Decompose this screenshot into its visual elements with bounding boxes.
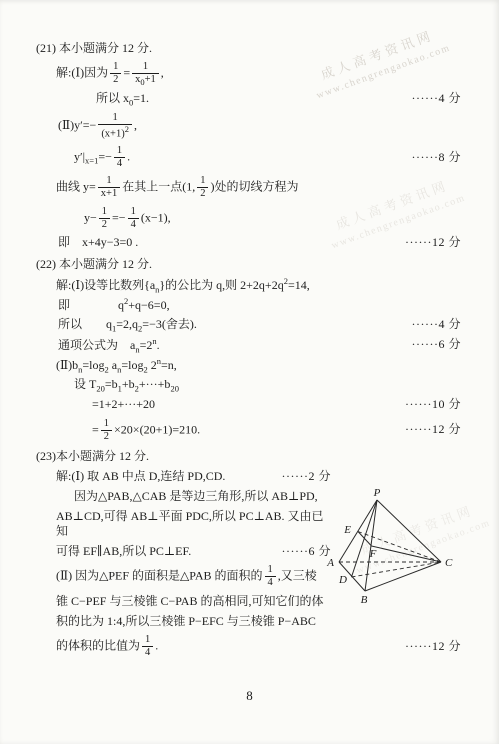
solution-line: 可得 EF∥AB,所以 PC⊥EF.······6 分 <box>36 543 331 560</box>
solution-line: 锥 C−PEF 与三棱锥 C−PAB 的高相同,可知它们的体 <box>36 593 331 610</box>
fraction: 12 <box>197 175 208 200</box>
exam-answer-page: 成人高考资讯网 www.chengrengaokao.com 成人高考资讯网 w… <box>0 0 499 744</box>
score-mark: ······6 分 <box>282 544 331 560</box>
solution-text: 即 x+4y−3=0 . <box>58 235 138 251</box>
vertex-label-A: A <box>326 557 334 569</box>
solution-line: (23)本小题满分 12 分. <box>36 449 461 466</box>
score-mark: ······4 分 <box>412 91 461 107</box>
fraction: 14 <box>114 145 125 170</box>
score-mark: ······10 分 <box>405 397 461 413</box>
vertex-label-B: B <box>361 594 368 606</box>
solution-text: (Ⅱ) 因为△PEF 的面积是△PAB 的面积的14,又三棱 <box>56 563 317 590</box>
solution-text: 设 T20=b1+b2+···+b20 <box>74 377 179 393</box>
fraction: 12 <box>101 418 112 443</box>
solution-text: 解:(Ⅰ) 取 AB 中点 D,连结 PD,CD. <box>56 469 225 485</box>
solution-line: =12×20×(20+1)=210.······12 分 <box>36 417 461 444</box>
solution-text: 解:(Ⅰ)设等比数列{an}的公比为 q,则 2+2q+2q2=14, <box>56 277 310 294</box>
solution-text: (Ⅱ)bn=log2 an=log2 2n=n, <box>56 357 177 374</box>
solution-text: y−12=−14(x−1), <box>84 205 171 232</box>
solution-text: 所以 q1=2,q2=−3(舍去). <box>58 317 197 333</box>
edge-DC-hidden <box>352 562 442 577</box>
solution-text: =1+2+···+20 <box>92 397 155 413</box>
solution-text: 锥 C−PEF 与三棱锥 C−PAB 的高相同,可知它们的体 <box>56 594 323 610</box>
solution-line: =1+2+···+20······10 分 <box>36 397 461 414</box>
solution-text: 即 q2+q−6=0, <box>58 297 170 314</box>
solution-line: 所以 x0=1.······4 分 <box>36 91 461 108</box>
solution-line: 解:(Ⅰ) 取 AB 中点 D,连结 PD,CD.······2 分 <box>36 469 331 486</box>
solution-text: 所以 x0=1. <box>96 91 149 107</box>
vertex-label-D: D <box>338 574 347 586</box>
solution-text: 的体积的比值为14. <box>56 633 158 660</box>
solution-line: (Ⅱ) 因为△PEF 的面积是△PAB 的面积的14,又三棱 <box>36 563 331 590</box>
solution-line: AB⊥CD,可得 AB⊥平面 PDC,所以 PC⊥AB. 又由已知 <box>36 509 331 540</box>
score-mark: ······12 分 <box>405 422 461 438</box>
fraction: 12 <box>99 206 110 231</box>
solution-text: (22) 本小题满分 12 分. <box>36 257 152 273</box>
solution-line: 即 x+4y−3=0 .······12 分 <box>36 235 461 252</box>
solution-line: 积的比为 1:4,所以三棱锥 P−EFC 与三棱锥 P−ABC <box>36 613 331 630</box>
vertex-label-P: P <box>373 487 381 499</box>
solution-text: (Ⅱ)y′=−1(x+1)2, <box>58 111 137 142</box>
solution-text: AB⊥CD,可得 AB⊥平面 PDC,所以 PC⊥AB. 又由已知 <box>56 509 331 540</box>
solution-text: 解:(Ⅰ)因为12=1x0+1, <box>56 60 164 88</box>
solution-text: 通项公式为 an=2n. <box>58 337 160 354</box>
score-mark: ······12 分 <box>405 235 461 251</box>
edge-PC <box>377 500 441 562</box>
fraction: 14 <box>128 206 139 231</box>
solution-line: (22) 本小题满分 12 分. <box>36 257 461 274</box>
edge-BC <box>365 562 441 591</box>
solution-text: 积的比为 1:4,所以三棱锥 P−EFC 与三棱锥 P−ABC <box>56 614 316 630</box>
solution-line: 通项公式为 an=2n.······6 分 <box>36 337 461 354</box>
solution-text: 可得 EF∥AB,所以 PC⊥EF. <box>56 544 191 560</box>
solution-text: y′|x=1=−14. <box>74 144 130 171</box>
solution-line: y−12=−14(x−1), <box>36 205 461 232</box>
solution-line: (21) 本小题满分 12 分. <box>36 40 461 57</box>
solution-line: 即 q2+q−6=0, <box>36 297 461 314</box>
solution-text: 因为△PAB,△CAB 是等边三角形,所以 AB⊥PD, <box>74 489 318 505</box>
fraction: 12 <box>110 61 121 86</box>
score-mark: ······12 分 <box>405 639 461 655</box>
solution-line: 解:(Ⅰ)因为12=1x0+1, <box>36 60 461 88</box>
solution-line: 的体积的比值为14.······12 分 <box>36 633 461 660</box>
solution-text: (21) 本小题满分 12 分. <box>36 41 152 57</box>
solution-text: 曲线 y=1x+1在其上一点(1,12)处的切线方程为 <box>56 174 298 201</box>
vertex-label-E: E <box>343 524 351 536</box>
fraction: 1(x+1)2 <box>98 112 132 141</box>
fraction: 1x0+1 <box>132 61 159 87</box>
solution-line: y′|x=1=−14.······8 分 <box>36 144 461 171</box>
page-number: 8 <box>0 688 499 704</box>
fraction: 14 <box>142 634 153 659</box>
geometry-figure-tetrahedron-PABC: PABCDEF <box>325 480 475 615</box>
solution-line: 设 T20=b1+b2+···+b20 <box>36 377 461 394</box>
score-mark: ······8 分 <box>412 150 461 166</box>
solution-line: (Ⅱ)y′=−1(x+1)2, <box>36 111 461 142</box>
edge-FC <box>372 546 442 562</box>
solution-text: =12×20×(20+1)=210. <box>92 417 200 444</box>
score-mark: ······4 分 <box>412 317 461 333</box>
solution-line: 所以 q1=2,q2=−3(舍去).······4 分 <box>36 317 461 334</box>
solution-line: 解:(Ⅰ)设等比数列{an}的公比为 q,则 2+2q+2q2=14, <box>36 277 461 294</box>
solution-line: (Ⅱ)bn=log2 an=log2 2n=n, <box>36 357 461 374</box>
solution-line: 因为△PAB,△CAB 是等边三角形,所以 AB⊥PD, <box>36 489 331 506</box>
fraction: 14 <box>265 564 276 589</box>
vertex-label-C: C <box>445 557 453 569</box>
score-mark: ······6 分 <box>412 337 461 353</box>
fraction: 1x+1 <box>98 175 120 200</box>
solution-text: (23)本小题满分 12 分. <box>36 449 149 465</box>
score-mark: ······2 分 <box>282 469 331 485</box>
vertex-label-F: F <box>369 548 377 560</box>
solution-line: 曲线 y=1x+1在其上一点(1,12)处的切线方程为 <box>36 174 461 201</box>
